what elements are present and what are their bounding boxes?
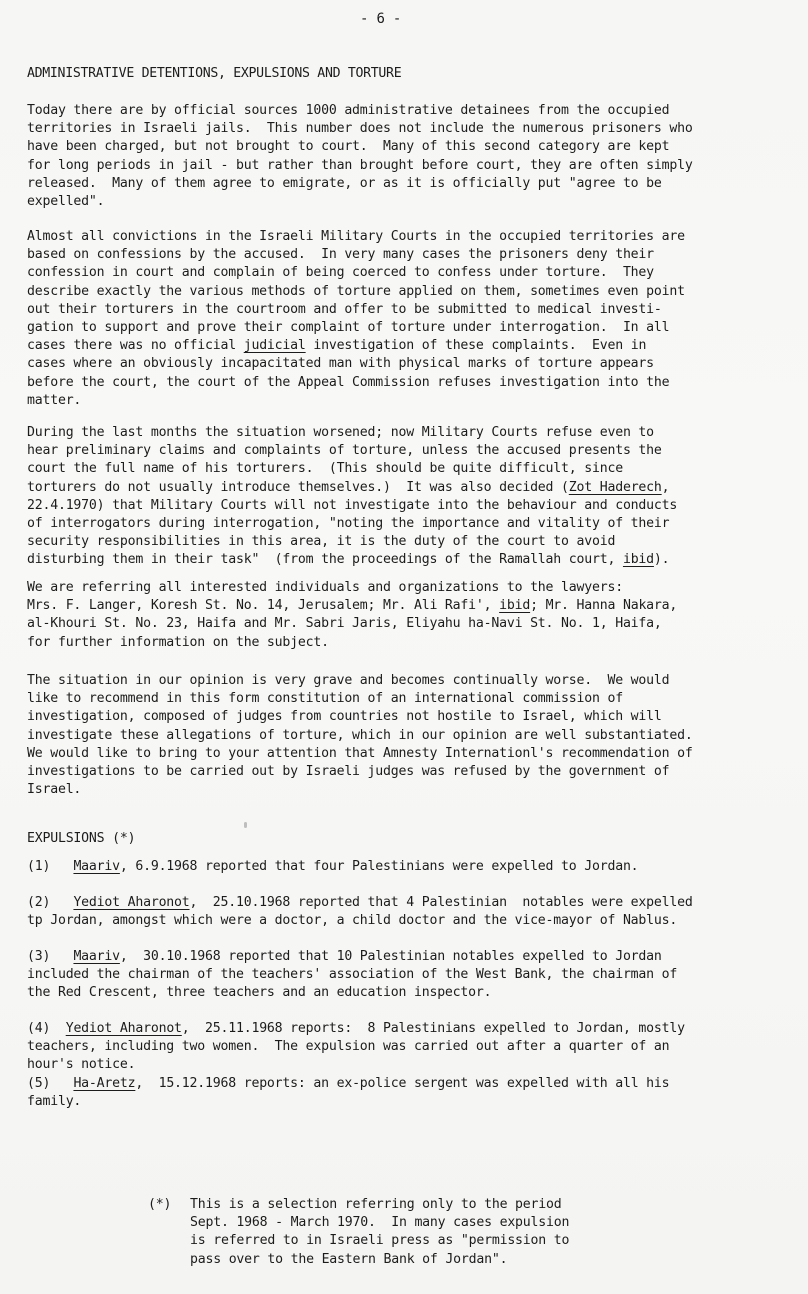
expulsion-item: (1) Maariv, 6.9.1968 reported that four … [27, 858, 787, 876]
item-source: Yediot Aharonot [73, 895, 189, 910]
item-source: Ha-Aretz [73, 1076, 135, 1091]
source-ibid: ibid [499, 598, 530, 613]
footnote: (*) This is a selection referring only t… [148, 1196, 668, 1269]
paragraph-text: ). [654, 552, 669, 567]
source-zot-haderech: Zot Haderech [569, 480, 662, 495]
footnote-mark: (*) [148, 1196, 171, 1214]
item-number: (2) [27, 895, 73, 910]
paragraph-detainees: Today there are by official sources 1000… [27, 102, 787, 211]
item-source: Yediot Aharonot [66, 1021, 182, 1036]
expulsion-item: (3) Maariv, 30.10.1968 reported that 10 … [27, 948, 787, 1003]
item-number: (1) [27, 859, 73, 874]
expulsion-item: (2) Yediot Aharonot, 25.10.1968 reported… [27, 894, 787, 930]
paragraph-recommendation: The situation in our opinion is very gra… [27, 672, 787, 799]
item-source: Maariv [73, 949, 119, 964]
paragraph-lawyers: We are referring all interested individu… [27, 579, 787, 652]
paragraph-convictions-text-1: Almost all convictions in the Israeli Mi… [27, 229, 685, 353]
paragraph-text: During the last months the situation wor… [27, 425, 662, 495]
item-source: Maariv [73, 859, 119, 874]
item-number: (3) [27, 949, 73, 964]
expulsion-item: (5) Ha-Aretz, 15.12.1968 reports: an ex-… [27, 1075, 787, 1111]
item-text: , 30.10.1968 reported that 10 Palestinia… [27, 949, 677, 1000]
source-ibid: ibid [623, 552, 654, 567]
expulsions-heading: EXPULSIONS (*) [27, 830, 135, 848]
expulsion-item: (4) Yediot Aharonot, 25.11.1968 reports:… [27, 1020, 787, 1075]
section-heading: ADMINISTRATIVE DETENTIONS, EXPULSIONS AN… [27, 65, 401, 83]
underlined-judicial: judicial [244, 338, 306, 353]
paragraph-situation-worsened: During the last months the situation wor… [27, 424, 787, 570]
scan-speck [244, 822, 247, 828]
page-number: - 6 - [360, 10, 401, 28]
item-number: (4) [27, 1021, 66, 1036]
document-page: - 6 - ADMINISTRATIVE DETENTIONS, EXPULSI… [0, 0, 808, 1294]
footnote-text: This is a selection referring only to th… [190, 1196, 668, 1269]
item-number: (5) [27, 1076, 73, 1091]
paragraph-convictions: Almost all convictions in the Israeli Mi… [27, 228, 787, 410]
item-text: , 6.9.1968 reported that four Palestinia… [120, 859, 639, 874]
